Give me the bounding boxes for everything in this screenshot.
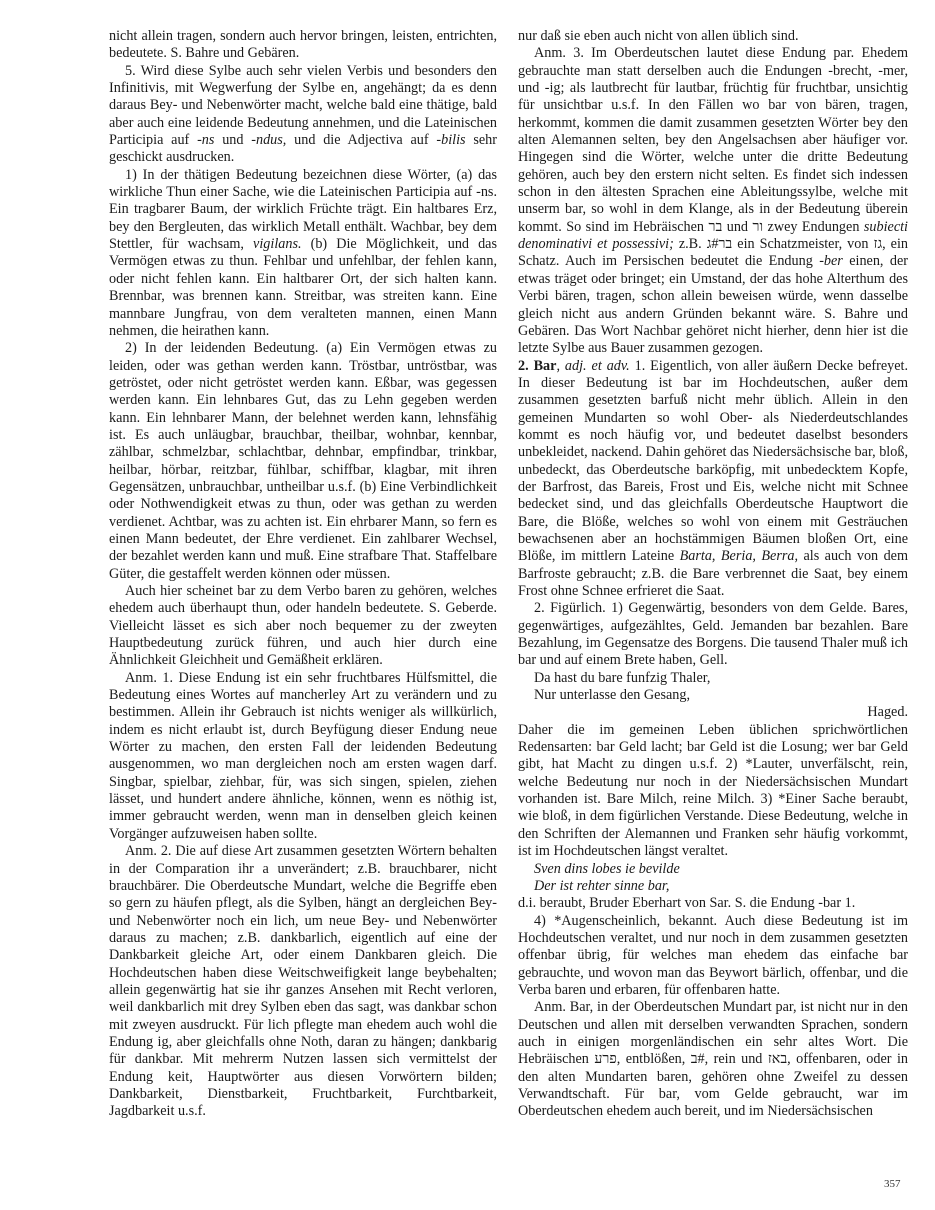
page-number: 357 (884, 1176, 901, 1193)
paragraph-passive-meaning: 2) In der leidenden Bedeutung. (a) Ein V… (109, 340, 497, 583)
verse-line-italic: Sven dins lobes ie bevilde (518, 861, 908, 878)
entry-headword: 2. Bar (518, 358, 556, 374)
paragraph-verb-baren: Auch hier scheinet bar zu dem Verbo bare… (109, 583, 497, 670)
paragraph-meaning-4: 4) *Augenscheinlich, bekannt. Auch diese… (518, 913, 908, 1000)
paragraph-note-1: Anm. 1. Diese Endung ist ein sehr frucht… (109, 670, 497, 843)
left-column: nicht allein tragen, sondern auch hervor… (109, 28, 497, 1121)
grammatical-label: adj. et adv. (565, 358, 630, 374)
dictionary-page: nicht allein tragen, sondern auch hervor… (0, 0, 935, 1210)
verse-attribution: Haged. (518, 704, 908, 721)
right-column: nur daß sie eben auch nicht von allen üb… (518, 28, 908, 1121)
paragraph-idioms: Daher die im gemeinen Leben üblichen spr… (518, 722, 908, 861)
paragraph-note: Anm. Bar, in der Oberdeutschen Mundart p… (518, 999, 908, 1120)
verse-line: Nur unterlasse den Gesang, (518, 687, 908, 704)
paragraph-active-meaning: 1) In der thätigen Bedeutung bezeichnen … (109, 167, 497, 340)
entry-bar-adj: 2. Bar, adj. et adv. 1. Eigentlich, von … (518, 358, 908, 601)
paragraph-continuation: nur daß sie eben auch nicht von allen üb… (518, 28, 908, 45)
paragraph-citation: d.i. beraubt, Bruder Eberhart von Sar. S… (518, 895, 908, 912)
paragraph-note-3: Anm. 3. Im Oberdeutschen lautet diese En… (518, 45, 908, 357)
verse-line-italic: Der ist rehter sinne bar, (518, 878, 908, 895)
paragraph-figurative: 2. Figürlich. 1) Gegenwärtig, besonders … (518, 600, 908, 669)
paragraph-note-2: Anm. 2. Die auf diese Art zusammen geset… (109, 843, 497, 1121)
paragraph-continuation: nicht allein tragen, sondern auch hervor… (109, 28, 497, 63)
verse-line: Da hast du bare funfzig Thaler, (518, 670, 908, 687)
paragraph-section-5: 5. Wird diese Sylbe auch sehr vielen Ver… (109, 63, 497, 167)
